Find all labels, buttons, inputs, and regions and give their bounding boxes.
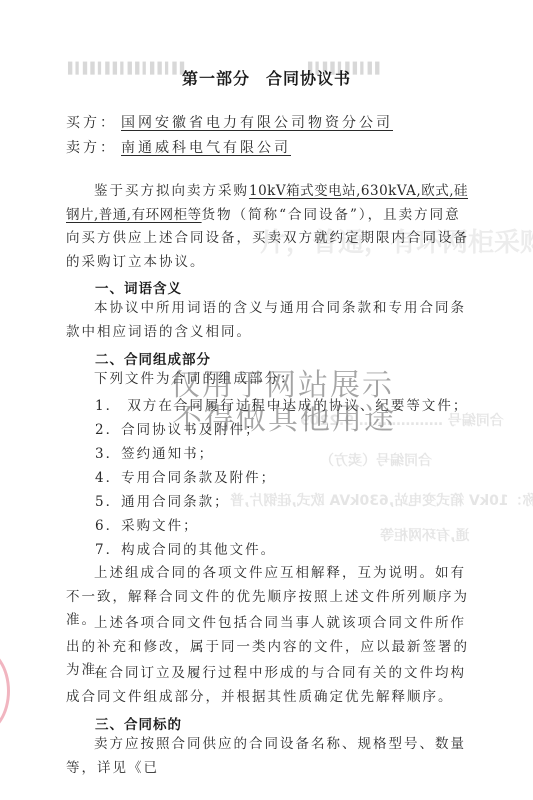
document-page: ▌▍▌▌▍▌▌▍▌▌▍▌▌▍▌▌ ▌▍▌▌▍▌▌▍▌▌ 第一部分合同协议书 买方… (0, 0, 533, 800)
bleed-through-text: 合同编号（卖方） (320, 450, 432, 470)
section-1-body: 本协议中所用词语的含义与通用合同条款和专用合同条款中相应词语的含义相同。 (66, 297, 476, 344)
page-title: 第一部分合同协议书 (0, 66, 533, 89)
list-item: 3．签约通知书； (95, 442, 214, 462)
seller-line: 卖方：南通威科电气有限公司 (66, 137, 291, 157)
section-heading-1: 一、词语含义 (95, 277, 182, 297)
list-item: 6．采购文件； (95, 514, 199, 534)
intro-paragraph: 鉴于买方拟向卖方采购10kV箱式变电站,630kVA,欧式,硅钢片,普通,有环网… (66, 180, 476, 274)
watermark-line-2: 不得做其他用途 (172, 394, 396, 438)
buyer-label: 买方： (66, 115, 117, 131)
list-item: 7．构成合同的其他文件。 (95, 538, 276, 558)
seller-label: 卖方： (66, 140, 117, 156)
seal-stamp-edge (0, 648, 10, 734)
section-2-paragraph: 在合同订立及履行过程中形成的与合同有关的文件均构成合同文件组成部分，并根据其性质… (66, 662, 476, 709)
list-item: 4．专用合同条款及附件； (95, 466, 276, 486)
bleed-through-text: 货物名称：10kV 箱式变电站,630kVA 欧式,硅钢片,普 (230, 490, 533, 510)
list-item: 5．通用合同条款； (95, 490, 230, 510)
bleed-through-text: 通,有环网柜等 (380, 525, 469, 545)
section-heading-3: 三、合同标的 (95, 713, 182, 733)
seller-name: 南通威科电气有限公司 (117, 140, 291, 156)
section-3-body: 卖方应按照合同供应的合同设备名称、规格型号、数量等，详见《已 (66, 733, 476, 780)
buyer-name: 国网安徽省电力有限公司物资分公司 (117, 115, 393, 131)
buyer-line: 买方：国网安徽省电力有限公司物资分公司 (66, 112, 393, 132)
